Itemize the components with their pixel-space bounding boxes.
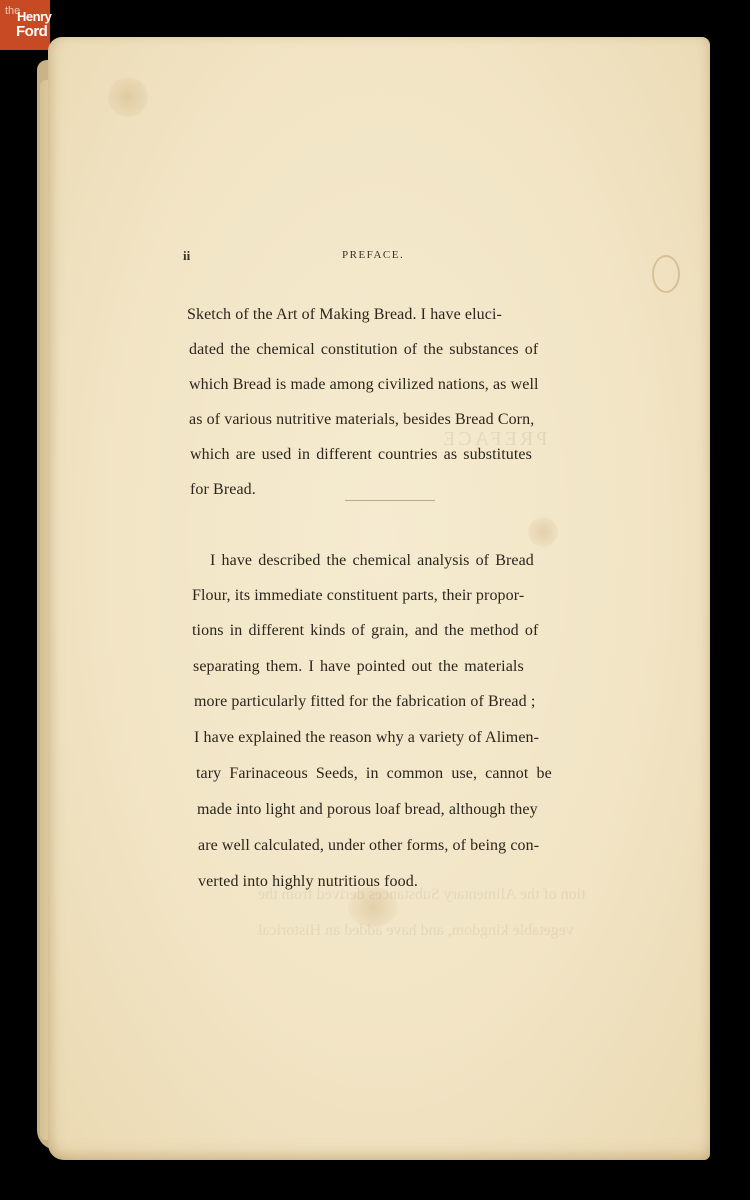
text-line: I have explained the reason why a variet…: [194, 729, 539, 747]
running-title: PREFACE.: [342, 249, 404, 261]
text-line: which are used in different countries as…: [190, 446, 532, 464]
text-line: made into light and porous loaf bread, a…: [197, 801, 538, 819]
page-number: ii: [183, 248, 190, 264]
text-line: tary Farinaceous Seeds, in common use, c…: [196, 765, 552, 783]
text-line: Sketch of the Art of Making Bread. I hav…: [187, 306, 502, 324]
text-line: separating them. I have pointed out the …: [193, 658, 524, 676]
text-line: I have described the chemical analysis o…: [210, 552, 534, 570]
page-text: PREFACE tion of the Alimentary Substance…: [0, 0, 750, 1200]
text-line: verted into highly nutritious food.: [198, 873, 418, 891]
text-line: as of various nutritive materials, besid…: [189, 411, 534, 429]
text-line: more particularly fitted for the fabrica…: [194, 693, 535, 711]
text-line: which Bread is made among civilized nati…: [189, 376, 539, 394]
text-line: are well calculated, under other forms, …: [198, 837, 539, 855]
section-divider: [345, 500, 435, 501]
text-line: for Bread.: [190, 481, 256, 499]
text-line: dated the chemical constitution of the s…: [189, 341, 538, 359]
show-through-line: vegetable kingdom, and have added an His…: [258, 922, 574, 940]
text-line: tions in different kinds of grain, and t…: [192, 622, 538, 640]
text-line: Flour, its immediate constituent parts, …: [192, 587, 524, 605]
